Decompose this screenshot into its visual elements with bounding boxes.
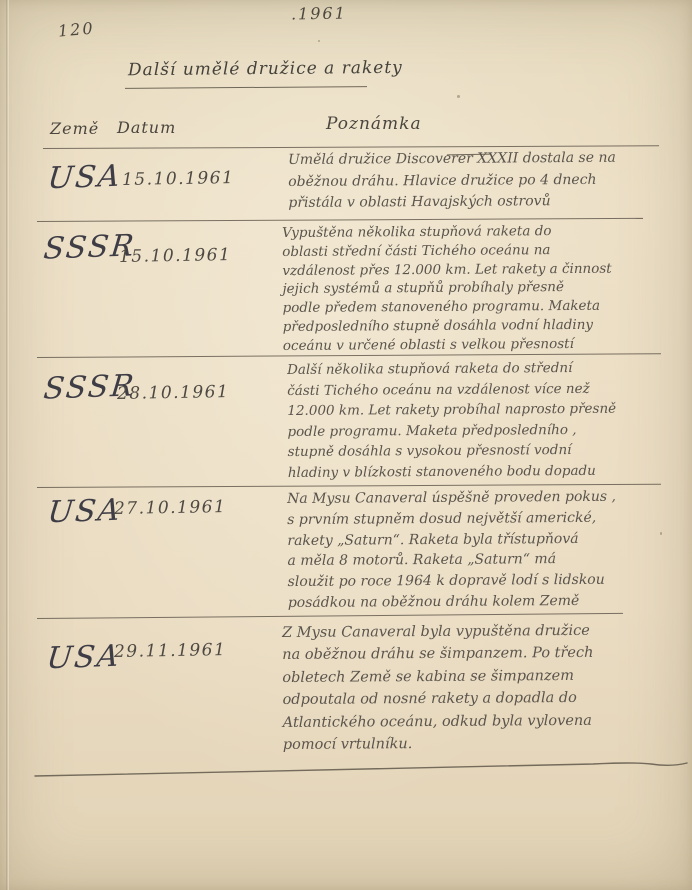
column-header-note: Poznámka <box>326 114 422 134</box>
row-date: 29.11.1961 <box>114 640 227 662</box>
row-country: USA <box>46 493 124 531</box>
row-note: Další několika stupňová raketa do středn… <box>287 357 690 483</box>
row-country: USA <box>45 639 123 677</box>
row-note: Vypuštěna několika stupňová raketa do ob… <box>282 221 685 355</box>
row-separator <box>37 613 623 619</box>
row-date: 15.10.1961 <box>122 168 235 190</box>
row-date: 15.10.1961 <box>119 245 232 267</box>
row-note: Na Mysu Canaveral úspěšně proveden pokus… <box>287 486 690 614</box>
notebook-page: .1961 120 Další umělé družice a rakety Z… <box>0 0 692 890</box>
title-underline <box>125 86 367 89</box>
bottom-rule <box>33 758 689 782</box>
paper-crease <box>6 0 9 890</box>
row-country: USA <box>46 159 124 197</box>
page-title: Další umělé družice a rakety <box>128 58 403 80</box>
row-date: 27.10.1961 <box>114 497 227 519</box>
paper-speck <box>318 40 320 42</box>
year-heading: .1961 <box>291 4 347 24</box>
paper-speck <box>457 95 460 98</box>
row-date: 28.10.1961 <box>117 382 230 404</box>
column-header-country: Země <box>50 119 99 138</box>
row-note: Z Mysu Canaveral byla vypuštěna družice … <box>282 619 685 756</box>
column-header-date: Datum <box>117 118 176 137</box>
page-number: 120 <box>57 18 95 40</box>
row-note: Umělá družice Discoverer XXXII dostala s… <box>288 147 690 214</box>
paper-speck <box>660 532 662 535</box>
